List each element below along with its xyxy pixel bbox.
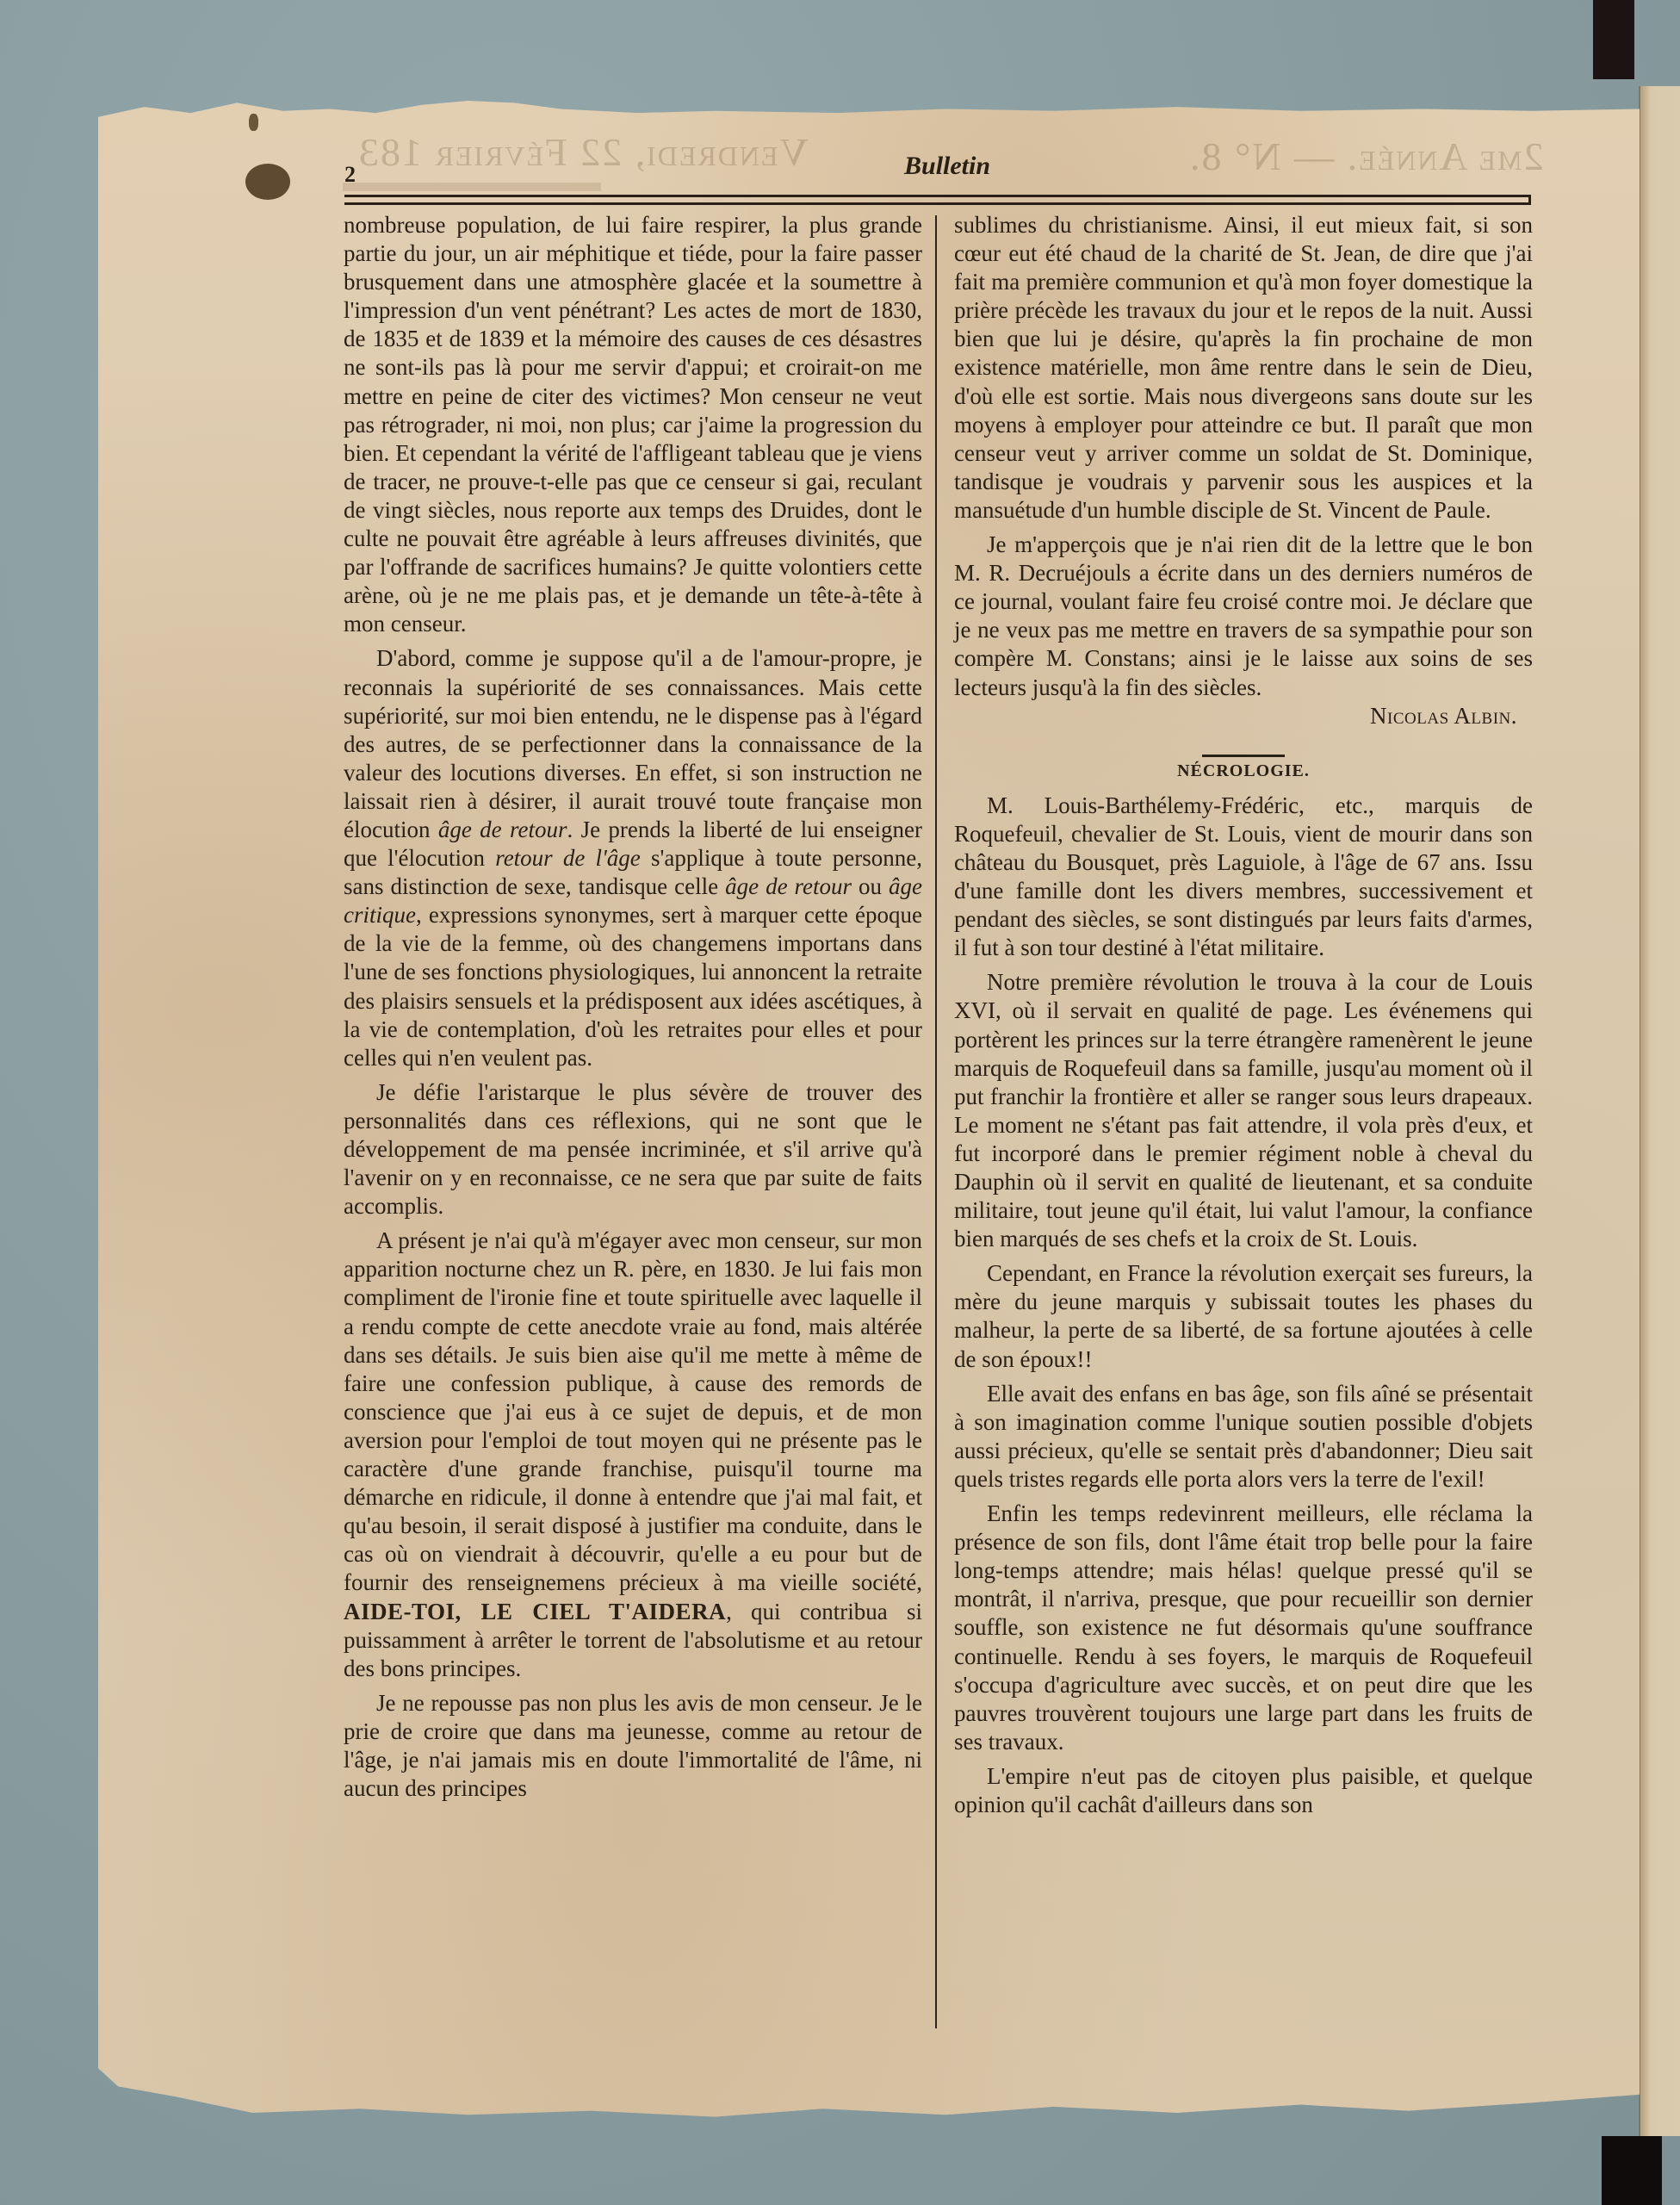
- paragraph: Enfin les temps redevinrent meilleurs, e…: [954, 1500, 1533, 1756]
- text-run: D'abord, comme je suppose qu'il a de l'a…: [344, 645, 922, 842]
- paragraph: Je ne repousse pas non plus les avis de …: [344, 1689, 922, 1803]
- paragraph: A présent je n'ai qu'à m'égayer avec mon…: [344, 1227, 922, 1683]
- binding-clamp-bottom: [1602, 2136, 1662, 2205]
- adjacent-page-edge: [1639, 86, 1680, 2136]
- italic-phrase: âge de retour: [438, 817, 567, 842]
- showthrough-issue: 2me Année. — N° 8.: [1188, 134, 1544, 179]
- paragraph: sublimes du christianisme. Ainsi, il eut…: [954, 211, 1533, 525]
- italic-phrase: âge de retour: [725, 873, 852, 899]
- society-motto: AIDE-TOI, LE CIEL T'AIDERA: [344, 1599, 726, 1624]
- paragraph: Notre première révolution le trouva à la…: [954, 968, 1533, 1253]
- paragraph: Je défie l'aristarque le plus sévère de …: [344, 1078, 922, 1221]
- ink-stain-small: [249, 114, 258, 131]
- section-title-necrologie: NÉCROLOGIE.: [954, 757, 1533, 786]
- text-run: A présent je n'ai qu'à m'égayer avec mon…: [344, 1227, 922, 1595]
- header-double-rule: [344, 195, 1531, 205]
- text-run: , expressions synonymes, sert à marquer …: [344, 902, 922, 1070]
- showthrough-rule: [343, 183, 601, 191]
- paragraph: nombreuse population, de lui faire respi…: [344, 211, 922, 638]
- right-column: sublimes du christianisme. Ainsi, il eut…: [954, 211, 1533, 1819]
- paragraph: D'abord, comme je suppose qu'il a de l'a…: [344, 644, 922, 1071]
- paragraph: Cependant, en France la révolution exerç…: [954, 1259, 1533, 1373]
- text-run: ou: [859, 873, 882, 899]
- binding-clamp-top: [1593, 0, 1634, 79]
- column-divider: [935, 215, 937, 2028]
- paragraph: M. Louis-Barthélemy-Frédéric, etc., marq…: [954, 792, 1533, 963]
- left-column: nombreuse population, de lui faire respi…: [344, 211, 922, 1803]
- paragraph: Je m'apperçois que je n'ai rien dit de l…: [954, 531, 1533, 702]
- paragraph: L'empire n'eut pas de citoyen plus paisi…: [954, 1762, 1533, 1819]
- ink-stain-large: [245, 164, 290, 200]
- showthrough-date: Vendredi, 22 Février 183: [357, 129, 809, 175]
- paragraph: Elle avait des enfans en bas âge, son fi…: [954, 1380, 1533, 1494]
- page-number: 2: [344, 162, 356, 188]
- author-signature: Nicolas Albin.: [954, 702, 1533, 730]
- running-head: Bulletin: [904, 152, 990, 181]
- italic-phrase: retour de l'âge: [495, 845, 641, 871]
